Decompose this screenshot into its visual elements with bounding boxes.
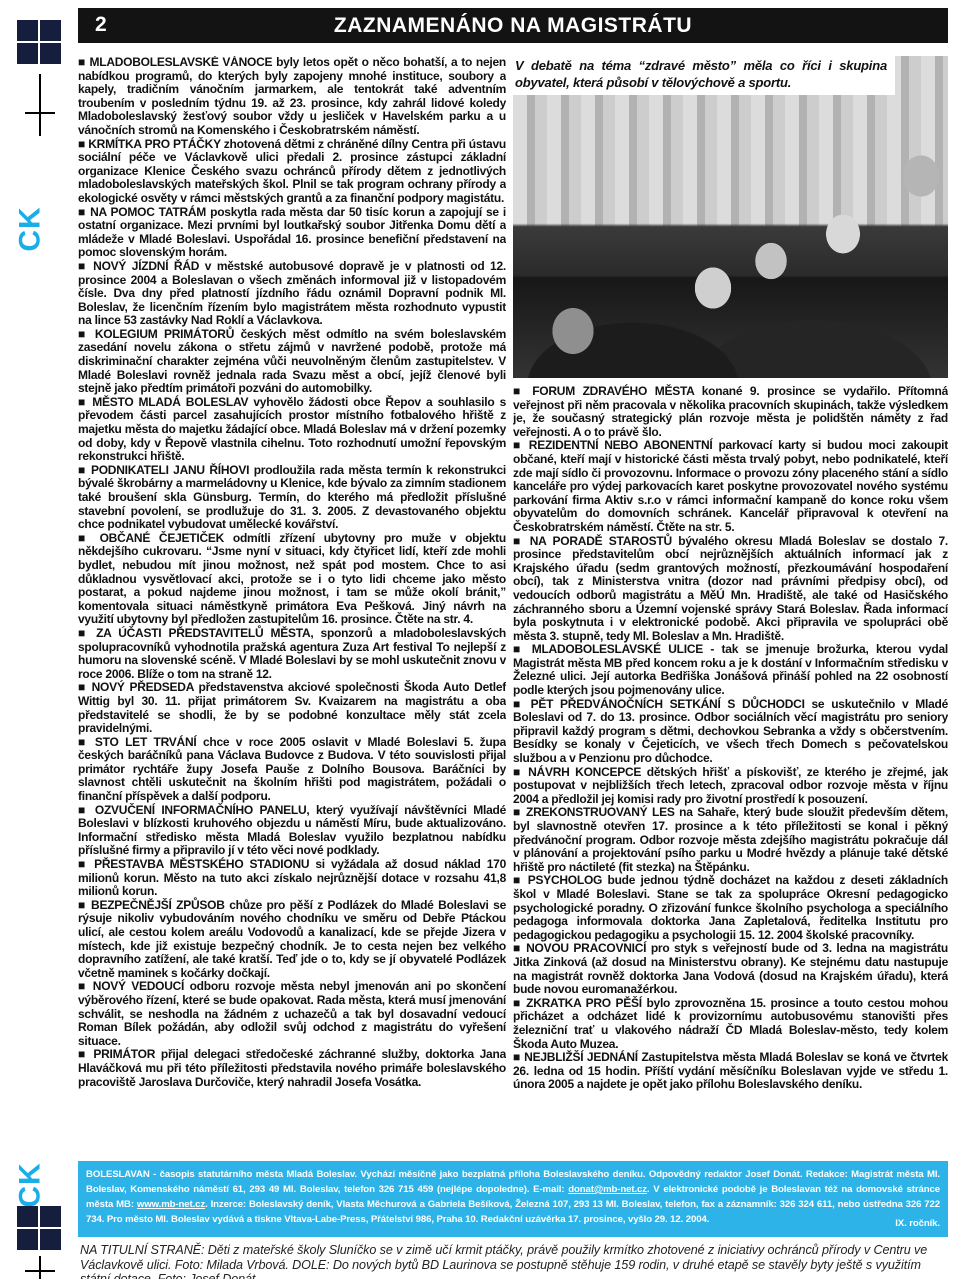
news-item: ■ MLADOBOLESLAVSKÉ VÁNOCE byly letos opě… [78, 56, 506, 138]
crop-crosshair-icon [39, 74, 41, 136]
news-item: ■ NOVÝ VEDOUCÍ odboru rozvoje města neby… [78, 980, 506, 1048]
news-item: ■ BEZPEČNĚJŠÍ ZPŮSOB chůze pro pěší z Po… [78, 899, 506, 981]
news-item: ■ ZA ÚČASTI PŘEDSTAVITELŮ MĚSTA, sponzor… [78, 627, 506, 681]
photo-image [513, 56, 948, 378]
news-item: ■ STO LET TRVÁNÍ chce v roce 2005 oslavi… [78, 736, 506, 804]
news-item: ■ OBČANÉ ČEJETIČEK odmítli zřízení ubyto… [78, 532, 506, 627]
imprint-address: donat@mb-net.cz [568, 1184, 647, 1195]
front-page-caption: NA TITULNÍ STRANĚ: Děti z mateřské školy… [80, 1243, 946, 1279]
imprint-segment: . Inzerce: Boleslavský deník, Vlasta Měc… [86, 1199, 940, 1225]
meeting-photo: V debatě na téma “zdravé město” měla co … [513, 56, 948, 378]
news-item: ■ NÁVRH KONCEPCE dětských hřišť a pískov… [513, 766, 948, 807]
news-item: ■ MLADOBOLESLAVSKÉ ULICE - tak se jmenuj… [513, 643, 948, 697]
imprint-text: BOLESLAVAN - časopis statutárního města … [86, 1169, 940, 1225]
news-item: ■ KRMÍTKA PRO PTÁČKY zhotovená dětmi z c… [78, 138, 506, 206]
page-title: ZAZNAMENÁNO NA MAGISTRÁTU [334, 14, 692, 38]
news-item: ■ NA PORADĚ STAROSTŮ bývalého okresu Mla… [513, 535, 948, 644]
news-item: ■ PŘESTAVBA MĚSTSKÉHO STADIONU si vyžáda… [78, 858, 506, 899]
news-item: ■ PĚT PŘEDVÁNOČNÍCH SETKÁNÍ S DŮCHODCI s… [513, 698, 948, 766]
photo-caption: V debatě na téma “zdravé město” měla co … [513, 56, 895, 95]
imprint-address: www.mb-net.cz [137, 1199, 205, 1210]
news-item: ■ FORUM ZDRAVÉHO MĚSTA konané 9. prosinc… [513, 385, 948, 439]
news-item: ■ PRIMÁTOR přijal delegaci středočeské z… [78, 1048, 506, 1089]
news-item: ■ PODNIKATELI JANU ŘÍHOVI prodloužila ra… [78, 464, 506, 532]
news-item: ■ OZVUČENÍ INFORMAČNÍHO PANELU, který vy… [78, 804, 506, 858]
crop-crosshair-icon [39, 1256, 41, 1279]
imprint-box: BOLESLAVAN - časopis statutárního města … [78, 1161, 948, 1237]
news-item: ■ REZIDENTNÍ NEBO ABONENTNÍ parkovací ka… [513, 439, 948, 534]
color-key-label: CK [14, 1162, 48, 1207]
news-item: ■ PSYCHOLOG bude jednou týdně docházet n… [513, 874, 948, 942]
news-item: ■ NOVOU PRACOVNICÍ pro styk s veřejností… [513, 942, 948, 996]
right-news-column: V debatě na téma “zdravé město” měla co … [513, 56, 948, 1156]
page-header: 2 ZAZNAMENÁNO NA MAGISTRÁTU [78, 8, 948, 43]
news-item: ■ ZKRATKA PRO PĚŠÍ bylo zprovozněna 15. … [513, 997, 948, 1051]
news-item: ■ NEJBLIŽŠÍ JEDNÁNÍ Zastupitelstva města… [513, 1051, 948, 1092]
right-column-text: ■ FORUM ZDRAVÉHO MĚSTA konané 9. prosinc… [513, 385, 948, 1092]
volume-label: IX. ročník. [895, 1216, 940, 1231]
news-item: ■ NA POMOC TATRÁM poskytla rada města da… [78, 206, 506, 260]
news-item: ■ NOVÝ PŘEDSEDA představenstva akciové s… [78, 681, 506, 735]
newspaper-page: CK CK 2 ZAZNAMENÁNO NA MAGISTRÁTU ■ MLAD… [0, 0, 960, 1279]
left-news-column: ■ MLADOBOLESLAVSKÉ VÁNOCE byly letos opě… [78, 56, 506, 1156]
news-item: ■ MĚSTO MLADÁ BOLESLAV vyhovělo žádosti … [78, 396, 506, 464]
news-item: ■ NOVÝ JÍZDNÍ ŘÁD v městské autobusové d… [78, 260, 506, 328]
registration-mark-icon [17, 1206, 61, 1250]
news-item: ■ KOLEGIUM PRIMÁTORŮ českých měst odmítl… [78, 328, 506, 396]
news-item: ■ ZREKONSTRUOVANÝ LES na Sahaře, který b… [513, 806, 948, 874]
color-key-label: CK [14, 206, 48, 251]
page-number: 2 [95, 13, 107, 37]
registration-mark-icon [17, 20, 61, 64]
